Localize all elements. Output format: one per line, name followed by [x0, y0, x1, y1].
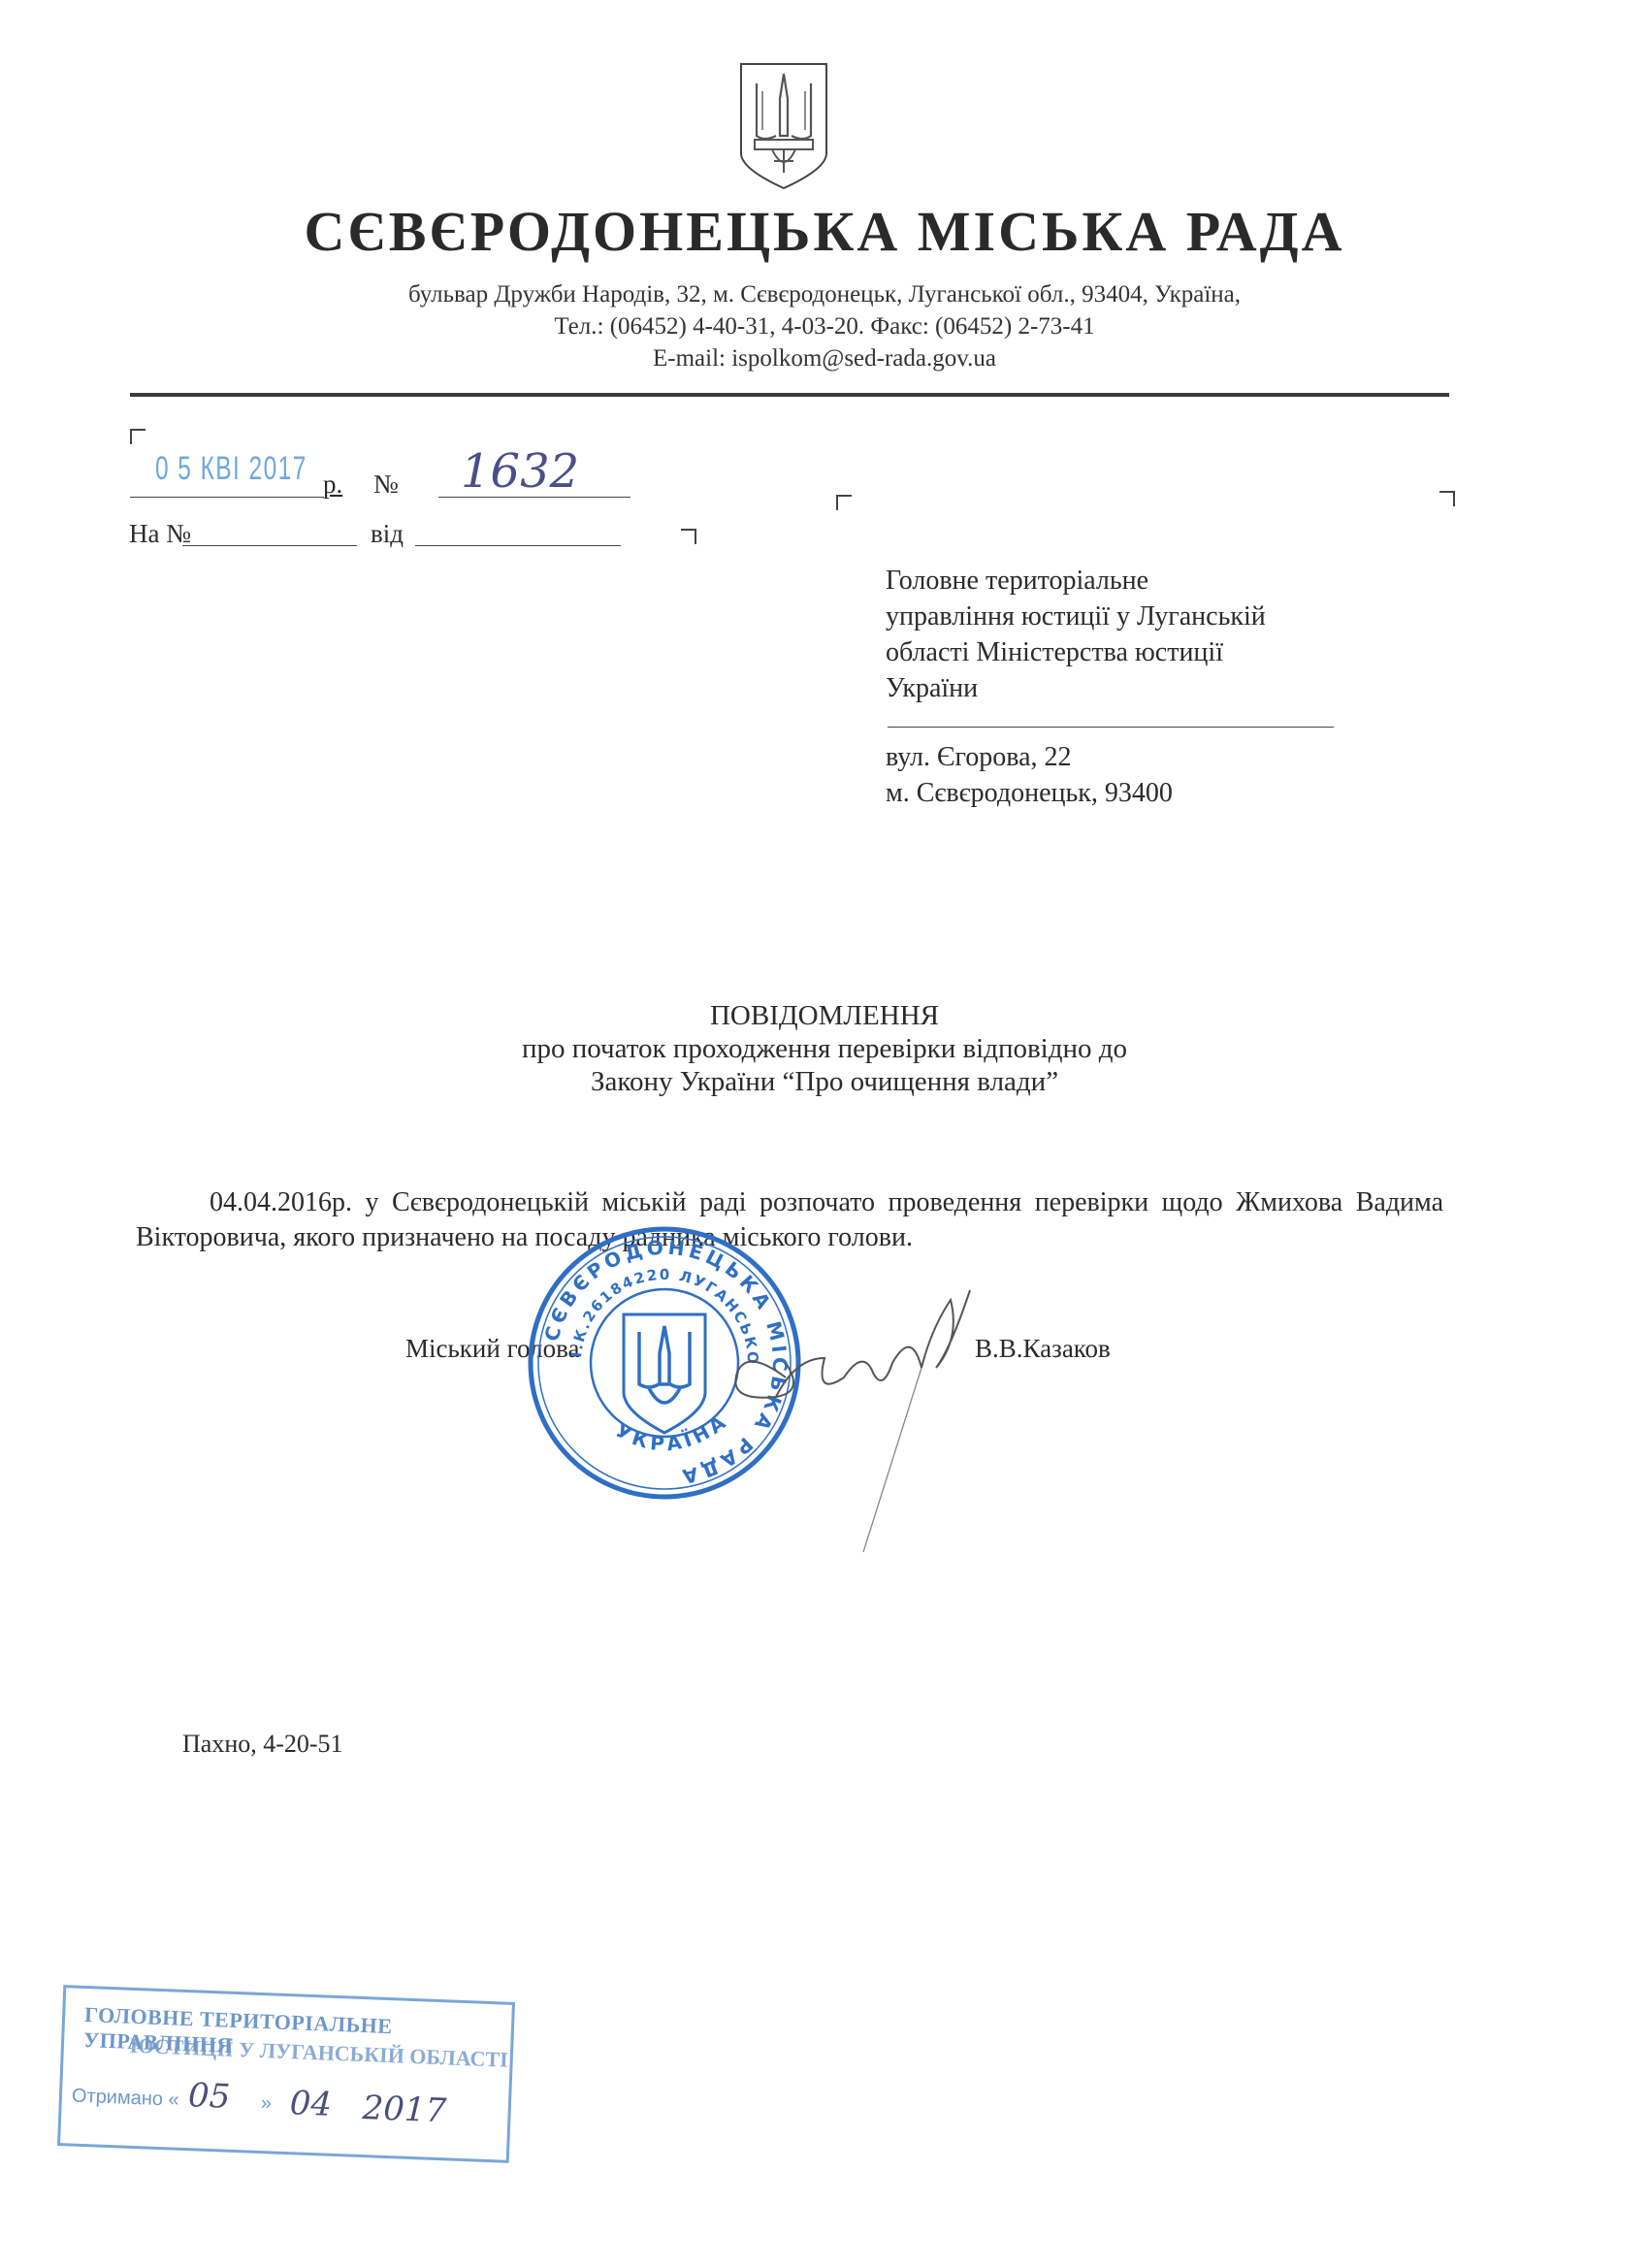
organization-address: бульвар Дружби Народів, 32, м. Сєвєродон… — [0, 281, 1649, 308]
corner-mark — [681, 529, 696, 544]
corner-mark — [130, 429, 145, 444]
header-divider — [130, 393, 1449, 397]
executor-contact: Пахно, 4-20-51 — [182, 1730, 343, 1759]
received-stamp: ГОЛОВНЕ ТЕРИТОРІАЛЬНЕ УПРАВЛІННЯ ЮСТИЦІЇ… — [57, 1985, 515, 2163]
addressee-address: вул. Єгорова, 22 м. Сєвєродонецьк, 93400 — [886, 739, 1173, 811]
received-year: 2017 — [362, 2089, 447, 2130]
received-month: 04 — [289, 2084, 333, 2124]
received-day: 05 — [187, 2076, 231, 2117]
date-field-line — [130, 497, 324, 498]
reply-date-field — [415, 545, 621, 546]
registration-date-stamp: 0 5 КВІ 2017 — [155, 450, 307, 488]
organization-title: СЄВЄРОДОНЕЦЬКА МІСЬКА РАДА — [0, 199, 1649, 264]
organization-email: E-mail: ispolkom@sed-rada.gov.ua — [0, 345, 1649, 373]
organization-phones: Тел.: (06452) 4-40-31, 4-03-20. Факс: (0… — [0, 313, 1649, 340]
year-suffix: р. — [323, 470, 342, 500]
addressee-divider — [888, 727, 1334, 728]
document-type: ПОВІДОМЛЕННЯ — [0, 999, 1649, 1032]
received-label: Отримано « — [72, 2086, 180, 2112]
addressee-name: Головне територіальне управління юстиції… — [886, 563, 1266, 706]
document-subject-line-1: про початок проходження перевірки відпов… — [0, 1032, 1649, 1065]
document-subject-line-2: Закону України “Про очищення влади” — [0, 1065, 1649, 1098]
registration-number: 1632 — [461, 444, 579, 499]
corner-mark — [836, 495, 852, 510]
received-sep: » — [260, 2092, 272, 2115]
reply-from-label: від — [371, 519, 404, 549]
reply-number-field — [182, 545, 357, 546]
number-label: № — [373, 470, 399, 500]
handwritten-signature — [718, 1271, 1009, 1562]
number-field-line — [438, 497, 630, 498]
ukraine-trident-icon — [737, 60, 830, 192]
document-title: ПОВІДОМЛЕННЯ про початок проходження пер… — [0, 999, 1649, 1098]
corner-mark — [1439, 491, 1455, 506]
svg-text:УКРАЇНА: УКРАЇНА — [612, 1409, 733, 1456]
